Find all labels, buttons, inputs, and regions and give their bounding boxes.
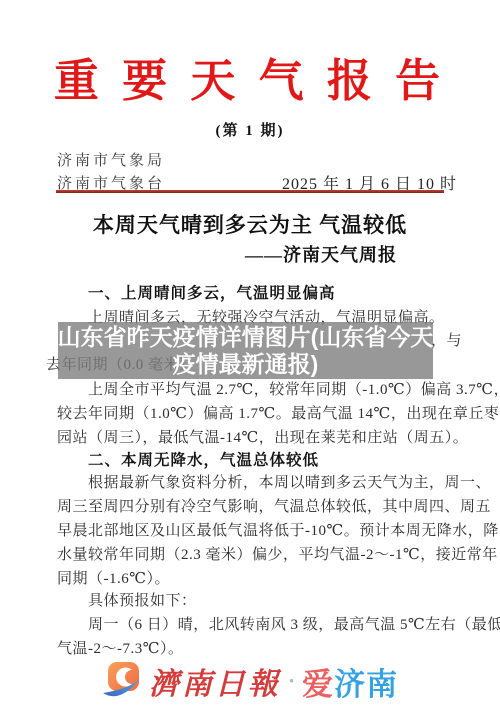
footer-branding: 濟南日報 · 爱济南 [0, 656, 500, 706]
body-line: 早晨北部地区及山区最低气温将低于-10℃。预计本周无降水，降 [57, 519, 499, 540]
body-line: 园站（周三），最低气温-14℃，出现在莱芜和庄站（周五）。 [57, 426, 468, 447]
document-title: 重 要 天 气 报 告 [0, 44, 500, 109]
body-line: 周一（6 日）晴，北风转南风 3 级，最高气温 5℃左右（最低 [88, 613, 500, 634]
body-line: 根据最新气象资料分析，本周以晴到多云天气为主，周一、 [88, 471, 491, 492]
app-logo-text: 爱济南 [302, 659, 398, 704]
body-line: 具体预报如下： [88, 589, 197, 610]
watermark-caption-line1: 山东省昨天疫情详情图片(山东省今天 [58, 324, 434, 351]
body-line: 较去年同期（1.0℃）偏高 1.7℃。最高气温 14℃，出现在章丘枣 [57, 402, 499, 423]
body-line: 周三至周四分别有冷空气影响，气温总体较低，其中周四、周五 [57, 495, 491, 516]
issue-number: (第 1 期) [0, 119, 500, 140]
body-line: 水量较常年同期（2.3 毫米）偏少，平均气温-2～-1℃，接近常年 [57, 543, 498, 564]
weather-report-document: 重 要 天 气 报 告 (第 1 期) 济南市气象局 济南市气象台 2025 年… [0, 0, 500, 707]
body-line-fragment-right: ，与 [431, 329, 462, 350]
jinan-daily-swirl-icon [102, 660, 142, 702]
report-headline: 本周天气晴到多云为主 气温较低 [0, 209, 500, 239]
app-logo-accent-char: 爱 [302, 667, 334, 702]
watermark-caption-line2: 疫情最新通报) [173, 351, 319, 378]
section-2-heading: 二、本周无降水，气温总体较低 [88, 448, 319, 470]
report-byline: ——济南天气周报 [245, 241, 397, 267]
app-logo-rest: 济南 [334, 667, 398, 702]
header-rule-divider [56, 190, 444, 193]
body-line: 上周全市平均气温 2.7℃，较常年同期（-1.0℃）偏高 3.7℃， [88, 378, 500, 399]
issuing-org-bureau: 济南市气象局 [57, 149, 165, 170]
body-line: 气温-2～-7.3℃）。 [57, 637, 184, 658]
watermark-caption-overlay: 山东省昨天疫情详情图片(山东省今天 疫情最新通报) [58, 322, 433, 379]
body-line: 同期（-1.6℃）。 [57, 567, 170, 588]
newspaper-logo-text: 濟南日報 [149, 659, 281, 703]
footer-separator-dot: · [288, 668, 295, 694]
section-1-heading: 一、上周晴间多云，气温明显偏高 [88, 281, 336, 303]
